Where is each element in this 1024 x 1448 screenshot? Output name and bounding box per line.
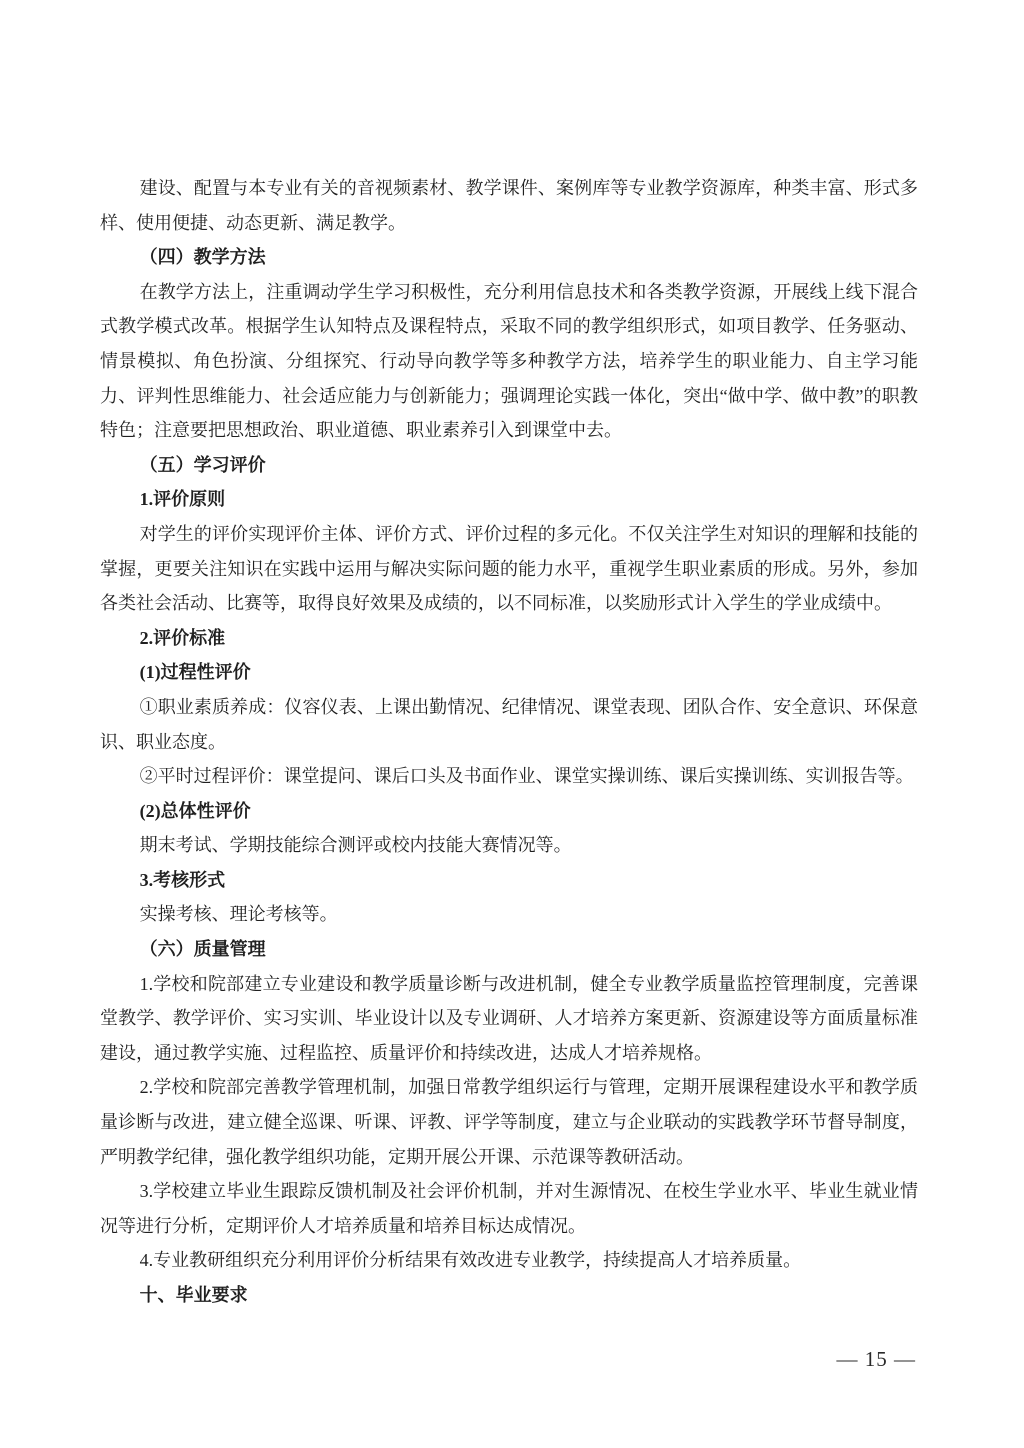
- numbered-subheading: 1.评价原则: [100, 482, 918, 517]
- chapter-heading: 十、毕业要求: [100, 1278, 918, 1313]
- body-paragraph: ②平时过程评价：课堂提问、课后口头及书面作业、课堂实操训练、课后实操训练、实训报…: [100, 759, 918, 794]
- section-heading: （五）学习评价: [100, 448, 918, 483]
- body-paragraph: 期末考试、学期技能综合测评或校内技能大赛情况等。: [100, 828, 918, 863]
- section-heading: （四）教学方法: [100, 240, 918, 275]
- body-paragraph: ①职业素质养成：仪容仪表、上课出勤情况、纪律情况、课堂表现、团队合作、安全意识、…: [100, 690, 918, 759]
- body-paragraph: 2.学校和院部完善教学管理机制，加强日常教学组织运行与管理，定期开展课程建设水平…: [100, 1070, 918, 1174]
- page-number: — 15 —: [837, 1347, 917, 1372]
- content-area: 建设、配置与本专业有关的音视频素材、教学课件、案例库等专业教学资源库，种类丰富、…: [100, 171, 918, 1313]
- body-paragraph: 4.专业教研组织充分利用评价分析结果有效改进专业教学，持续提高人才培养质量。: [100, 1243, 918, 1278]
- body-paragraph: 建设、配置与本专业有关的音视频素材、教学课件、案例库等专业教学资源库，种类丰富、…: [100, 171, 918, 240]
- numbered-subheading: 3.考核形式: [100, 863, 918, 898]
- numbered-subheading: (1)过程性评价: [100, 655, 918, 690]
- document-page: 建设、配置与本专业有关的音视频素材、教学课件、案例库等专业教学资源库，种类丰富、…: [0, 0, 1024, 1448]
- body-paragraph: 实操考核、理论考核等。: [100, 897, 918, 932]
- numbered-subheading: 2.评价标准: [100, 621, 918, 656]
- numbered-subheading: (2)总体性评价: [100, 794, 918, 829]
- section-heading: （六）质量管理: [100, 932, 918, 967]
- body-paragraph: 1.学校和院部建立专业建设和教学质量诊断与改进机制，健全专业教学质量监控管理制度…: [100, 967, 918, 1071]
- body-paragraph: 在教学方法上，注重调动学生学习积极性，充分利用信息技术和各类教学资源，开展线上线…: [100, 275, 918, 448]
- body-paragraph: 3.学校建立毕业生跟踪反馈机制及社会评价机制，并对生源情况、在校生学业水平、毕业…: [100, 1174, 918, 1243]
- body-paragraph: 对学生的评价实现评价主体、评价方式、评价过程的多元化。不仅关注学生对知识的理解和…: [100, 517, 918, 621]
